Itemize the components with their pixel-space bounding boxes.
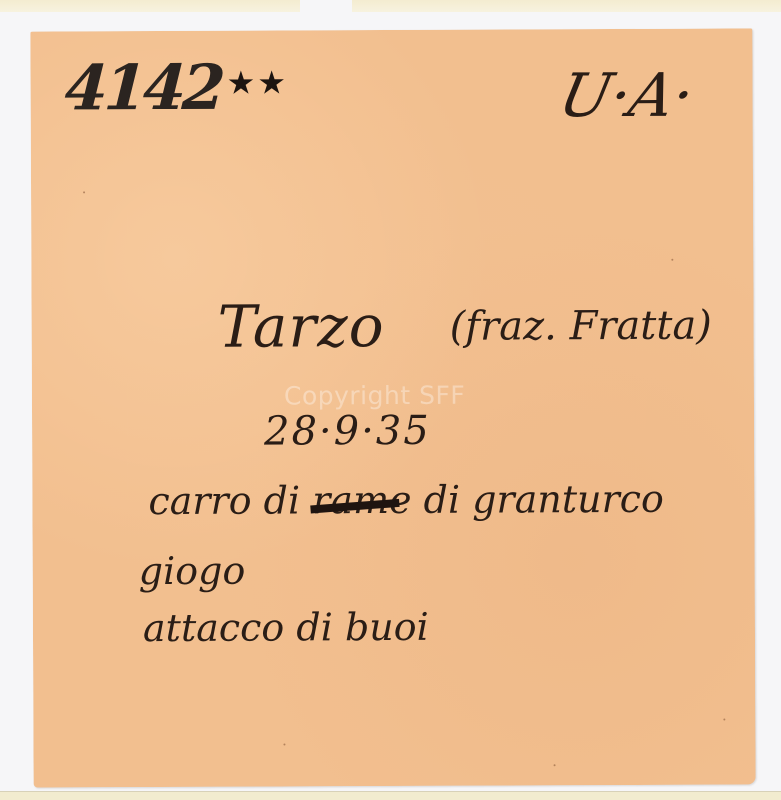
description-line-2: giogo: [139, 549, 246, 593]
catalog-number: 4142: [56, 51, 230, 125]
date: 28·9·35: [264, 408, 431, 455]
album-page-edge-bottom: [0, 791, 781, 800]
album-page-edge-top: [0, 0, 781, 12]
place-name: Tarzo: [217, 292, 384, 361]
description-line-3: attacco di buoi: [143, 605, 429, 650]
struck-word: rame: [312, 478, 412, 522]
star-marks: ★★: [226, 63, 288, 101]
copyright-watermark: Copyright SFF: [284, 381, 465, 411]
hamlet-name: (fraz. Fratta): [450, 303, 712, 350]
initials: U·A·: [553, 61, 700, 132]
description-line-1: carro di rame di granturco: [148, 477, 664, 523]
archival-card: 4142 ★★ U·A· Tarzo (fraz. Fratta) 28·9·3…: [30, 28, 755, 787]
